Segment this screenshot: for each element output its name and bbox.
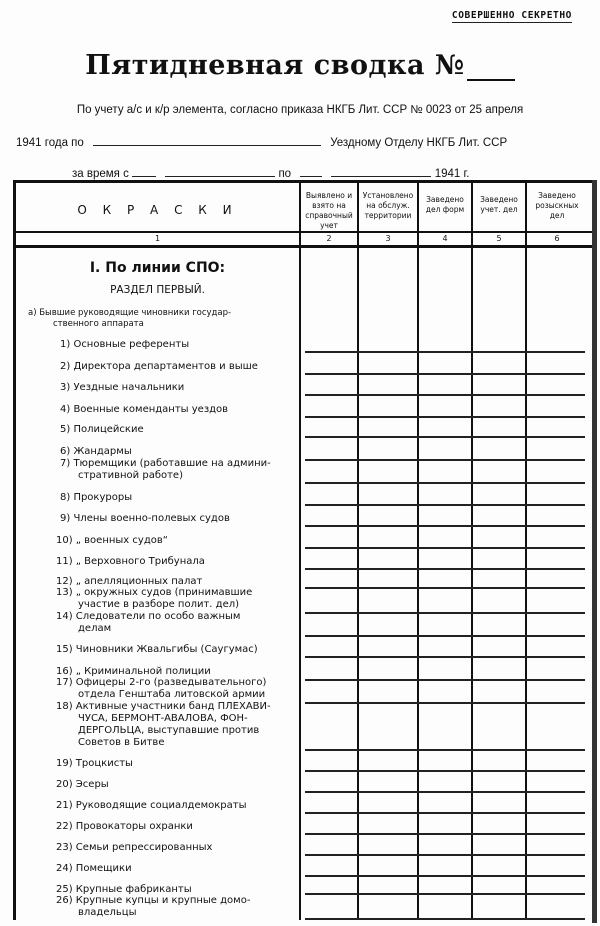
row-label: 13) „ окружных судов (принимавшие xyxy=(56,587,252,599)
header-divider xyxy=(16,231,592,233)
column-divider xyxy=(525,183,527,920)
header-bottom-rule xyxy=(16,245,592,248)
section-subtitle: РАЗДЕЛ ПЕРВЫЙ. xyxy=(16,284,299,296)
row-label: стративной работе) xyxy=(78,470,183,482)
page-title: Пятидневная сводка № xyxy=(0,50,600,81)
row-rule xyxy=(305,612,585,614)
row-rule xyxy=(305,635,585,637)
row-rule xyxy=(305,812,585,814)
row-label: 20) Эсеры xyxy=(56,779,109,791)
row-label: 8) Прокуроры xyxy=(60,492,132,504)
from-month-field[interactable] xyxy=(165,166,275,177)
row-rule xyxy=(305,749,585,751)
column-header-2: Выявлено и взято на справочный учет xyxy=(301,191,357,231)
column-divider xyxy=(471,183,473,920)
period-to-label: по xyxy=(278,168,291,180)
row-label: 22) Провокаторы охранки xyxy=(56,821,193,833)
row-label: 26) Крупные купцы и крупные домо- xyxy=(56,895,250,907)
to-month-field[interactable] xyxy=(331,166,431,177)
row-label: ЧУСА, БЕРМОНТ-АВАЛОВА, ФОН- xyxy=(78,713,248,725)
column-header-3: Установлено на обслуж. территории xyxy=(359,191,417,221)
row-rule xyxy=(305,854,585,856)
report-number-field[interactable] xyxy=(467,55,515,81)
column-header-4: Заведено дел форм xyxy=(419,195,471,215)
row-label: 9) Члены военно-полевых судов xyxy=(60,513,230,525)
row-rule xyxy=(305,893,585,895)
row-label: Советов в Битве xyxy=(78,737,164,749)
column-number-3: 3 xyxy=(359,234,417,243)
column-divider xyxy=(299,183,301,920)
row-rule xyxy=(305,656,585,658)
row-rule xyxy=(305,833,585,835)
row-rule xyxy=(305,702,585,704)
table-border-shadow xyxy=(592,180,597,923)
row-rule xyxy=(305,770,585,772)
row-label: 3) Уездные начальники xyxy=(60,382,184,394)
row-label: 21) Руководящие социалдемократы xyxy=(56,800,247,812)
department-line: 1941 года по Уездному Отделу НКГБ Лит. С… xyxy=(16,135,586,149)
column-header-5: Заведено учет. дел xyxy=(473,195,525,215)
row-rule xyxy=(305,373,585,375)
column-number-2: 2 xyxy=(301,234,357,243)
row-label: 4) Военные коменданты уездов xyxy=(60,404,228,416)
row-label: 7) Тюремщики (работавшие на админи- xyxy=(60,458,271,470)
row-rule xyxy=(305,436,585,438)
row-label: владельцы xyxy=(78,907,136,919)
column-header-6: Заведено розыскных дел xyxy=(527,191,587,221)
period-year-label: 1941 г. xyxy=(435,168,470,180)
order-line: По учету а/с и к/р элемента, согласно пр… xyxy=(0,104,600,116)
row-rule xyxy=(305,416,585,418)
row-rule xyxy=(305,568,585,570)
row-rule xyxy=(305,459,585,461)
row-label: делам xyxy=(78,623,111,635)
column-number-5: 5 xyxy=(473,234,525,243)
row-label: 14) Следователи по особо важным xyxy=(56,611,240,623)
period-line: за время с по 1941 г. xyxy=(72,166,572,180)
year-label: 1941 года по xyxy=(16,137,84,149)
row-rule xyxy=(305,679,585,681)
district-field[interactable] xyxy=(93,135,321,146)
row-rule xyxy=(305,504,585,506)
to-day-field[interactable] xyxy=(300,166,322,177)
report-table: О К Р А С К И Выявлено и взято на справо… xyxy=(13,180,595,920)
row-label: 10) „ военных судов“ xyxy=(56,535,168,547)
title-text: Пятидневная сводка № xyxy=(85,50,464,81)
row-label: 11) „ Верховного Трибунала xyxy=(56,556,205,568)
column-number-4: 4 xyxy=(419,234,471,243)
row-label: 5) Полицейские xyxy=(60,424,144,436)
section-title: I. По линии СПО: xyxy=(16,260,299,276)
row-label: ДЕРГОЛЬЦА, выступавшие против xyxy=(78,725,259,737)
classification-stamp: СОВЕРШЕННО СЕКРЕТНО xyxy=(452,10,572,23)
row-label: 18) Активные участники банд ПЛЕХАВИ- xyxy=(56,701,271,713)
row-label: 6) Жандармы xyxy=(60,446,132,458)
row-label: 1) Основные референты xyxy=(60,339,189,351)
row-label: участие в разборе полит. дел) xyxy=(78,599,239,611)
column-divider xyxy=(417,183,419,920)
from-day-field[interactable] xyxy=(132,166,156,177)
row-label: отдела Генштаба литовской армии xyxy=(78,689,265,701)
column-header-1: О К Р А С К И xyxy=(16,203,299,217)
department-label: Уездному Отделу НКГБ Лит. ССР xyxy=(330,137,507,149)
row-label: 2) Директора департаментов и выше xyxy=(60,361,258,373)
row-rule xyxy=(305,547,585,549)
row-rule xyxy=(305,587,585,589)
row-rule xyxy=(305,394,585,396)
column-number-1: 1 xyxy=(16,234,299,243)
row-rule xyxy=(305,351,585,353)
row-rule xyxy=(305,525,585,527)
row-rule xyxy=(305,918,585,920)
row-label: 15) Чиновники Жвальгибы (Саугумас) xyxy=(56,644,258,656)
row-label: 24) Помещики xyxy=(56,863,132,875)
period-from-label: за время с xyxy=(72,168,129,180)
row-rule xyxy=(305,482,585,484)
column-divider xyxy=(357,183,359,920)
row-rule xyxy=(305,875,585,877)
column-number-6: 6 xyxy=(527,234,587,243)
group-a-label-cont: ственного аппарата xyxy=(53,318,144,330)
row-rule xyxy=(305,791,585,793)
row-label: 19) Троцкисты xyxy=(56,758,133,770)
row-label: 17) Офицеры 2-го (разведывательного) xyxy=(56,677,266,689)
row-label: 23) Семьи репрессированных xyxy=(56,842,212,854)
